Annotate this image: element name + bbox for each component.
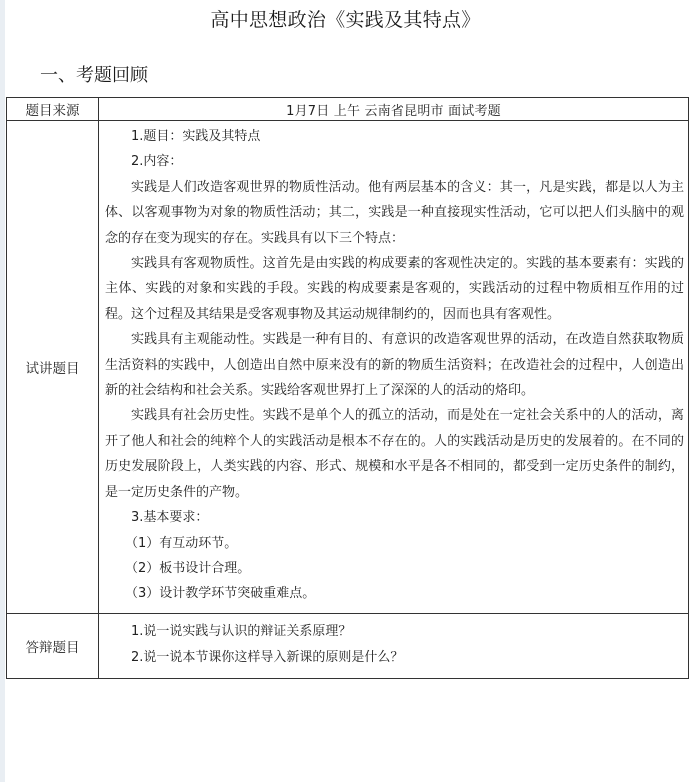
topic-line: 1.题目：实践及其特点 xyxy=(105,124,684,149)
source-row: 题目来源 1月7日 上午 云南省昆明市 面试考题 xyxy=(7,98,689,121)
lecture-content: 1.题目：实践及其特点 2.内容： 实践是人们改造客观世界的物质性活动。他有两层… xyxy=(99,121,689,614)
content-paragraph: 实践具有社会历史性。实践不是单个人的孤立的活动，而是处在一定社会关系中的人的活动… xyxy=(105,403,684,505)
content-heading: 2.内容： xyxy=(105,149,684,174)
content-paragraph: 实践是人们改造客观世界的物质性活动。他有两层基本的含义：其一，凡是实践，都是以人… xyxy=(105,175,684,251)
defense-content: 1.说一说实践与认识的辩证关系原理？ 2.说一说本节课你这样导入新课的原则是什么… xyxy=(99,613,689,678)
source-label: 题目来源 xyxy=(7,98,99,121)
page-margin-strip xyxy=(0,0,5,782)
content-paragraph: 实践具有主观能动性。实践是一种有目的、有意识的改造客观世界的活动，在改造自然获取… xyxy=(105,327,684,403)
defense-question: 1.说一说实践与认识的辩证关系原理？ xyxy=(105,619,682,645)
exam-review-table: 题目来源 1月7日 上午 云南省昆明市 面试考题 试讲题目 1.题目：实践及其特… xyxy=(6,97,689,679)
defense-question: 2.说一说本节课你这样导入新课的原则是什么？ xyxy=(105,645,682,671)
document-title: 高中思想政治《实践及其特点》 xyxy=(0,6,691,34)
content-paragraph: 实践具有客观物质性。这首先是由实践的构成要素的客观性决定的。实践的基本要素有：实… xyxy=(105,251,684,327)
section-heading: 一、考题回顾 xyxy=(40,63,148,89)
lecture-label: 试讲题目 xyxy=(7,121,99,614)
requirement-item: （3）设计教学环节突破重难点。 xyxy=(105,581,684,606)
requirements-heading: 3.基本要求： xyxy=(105,505,684,530)
requirement-item: （1）有互动环节。 xyxy=(105,531,684,556)
defense-label: 答辩题目 xyxy=(7,613,99,678)
source-value: 1月7日 上午 云南省昆明市 面试考题 xyxy=(99,98,689,121)
requirement-item: （2）板书设计合理。 xyxy=(105,556,684,581)
defense-row: 答辩题目 1.说一说实践与认识的辩证关系原理？ 2.说一说本节课你这样导入新课的… xyxy=(7,613,689,678)
lecture-row: 试讲题目 1.题目：实践及其特点 2.内容： 实践是人们改造客观世界的物质性活动… xyxy=(7,121,689,614)
